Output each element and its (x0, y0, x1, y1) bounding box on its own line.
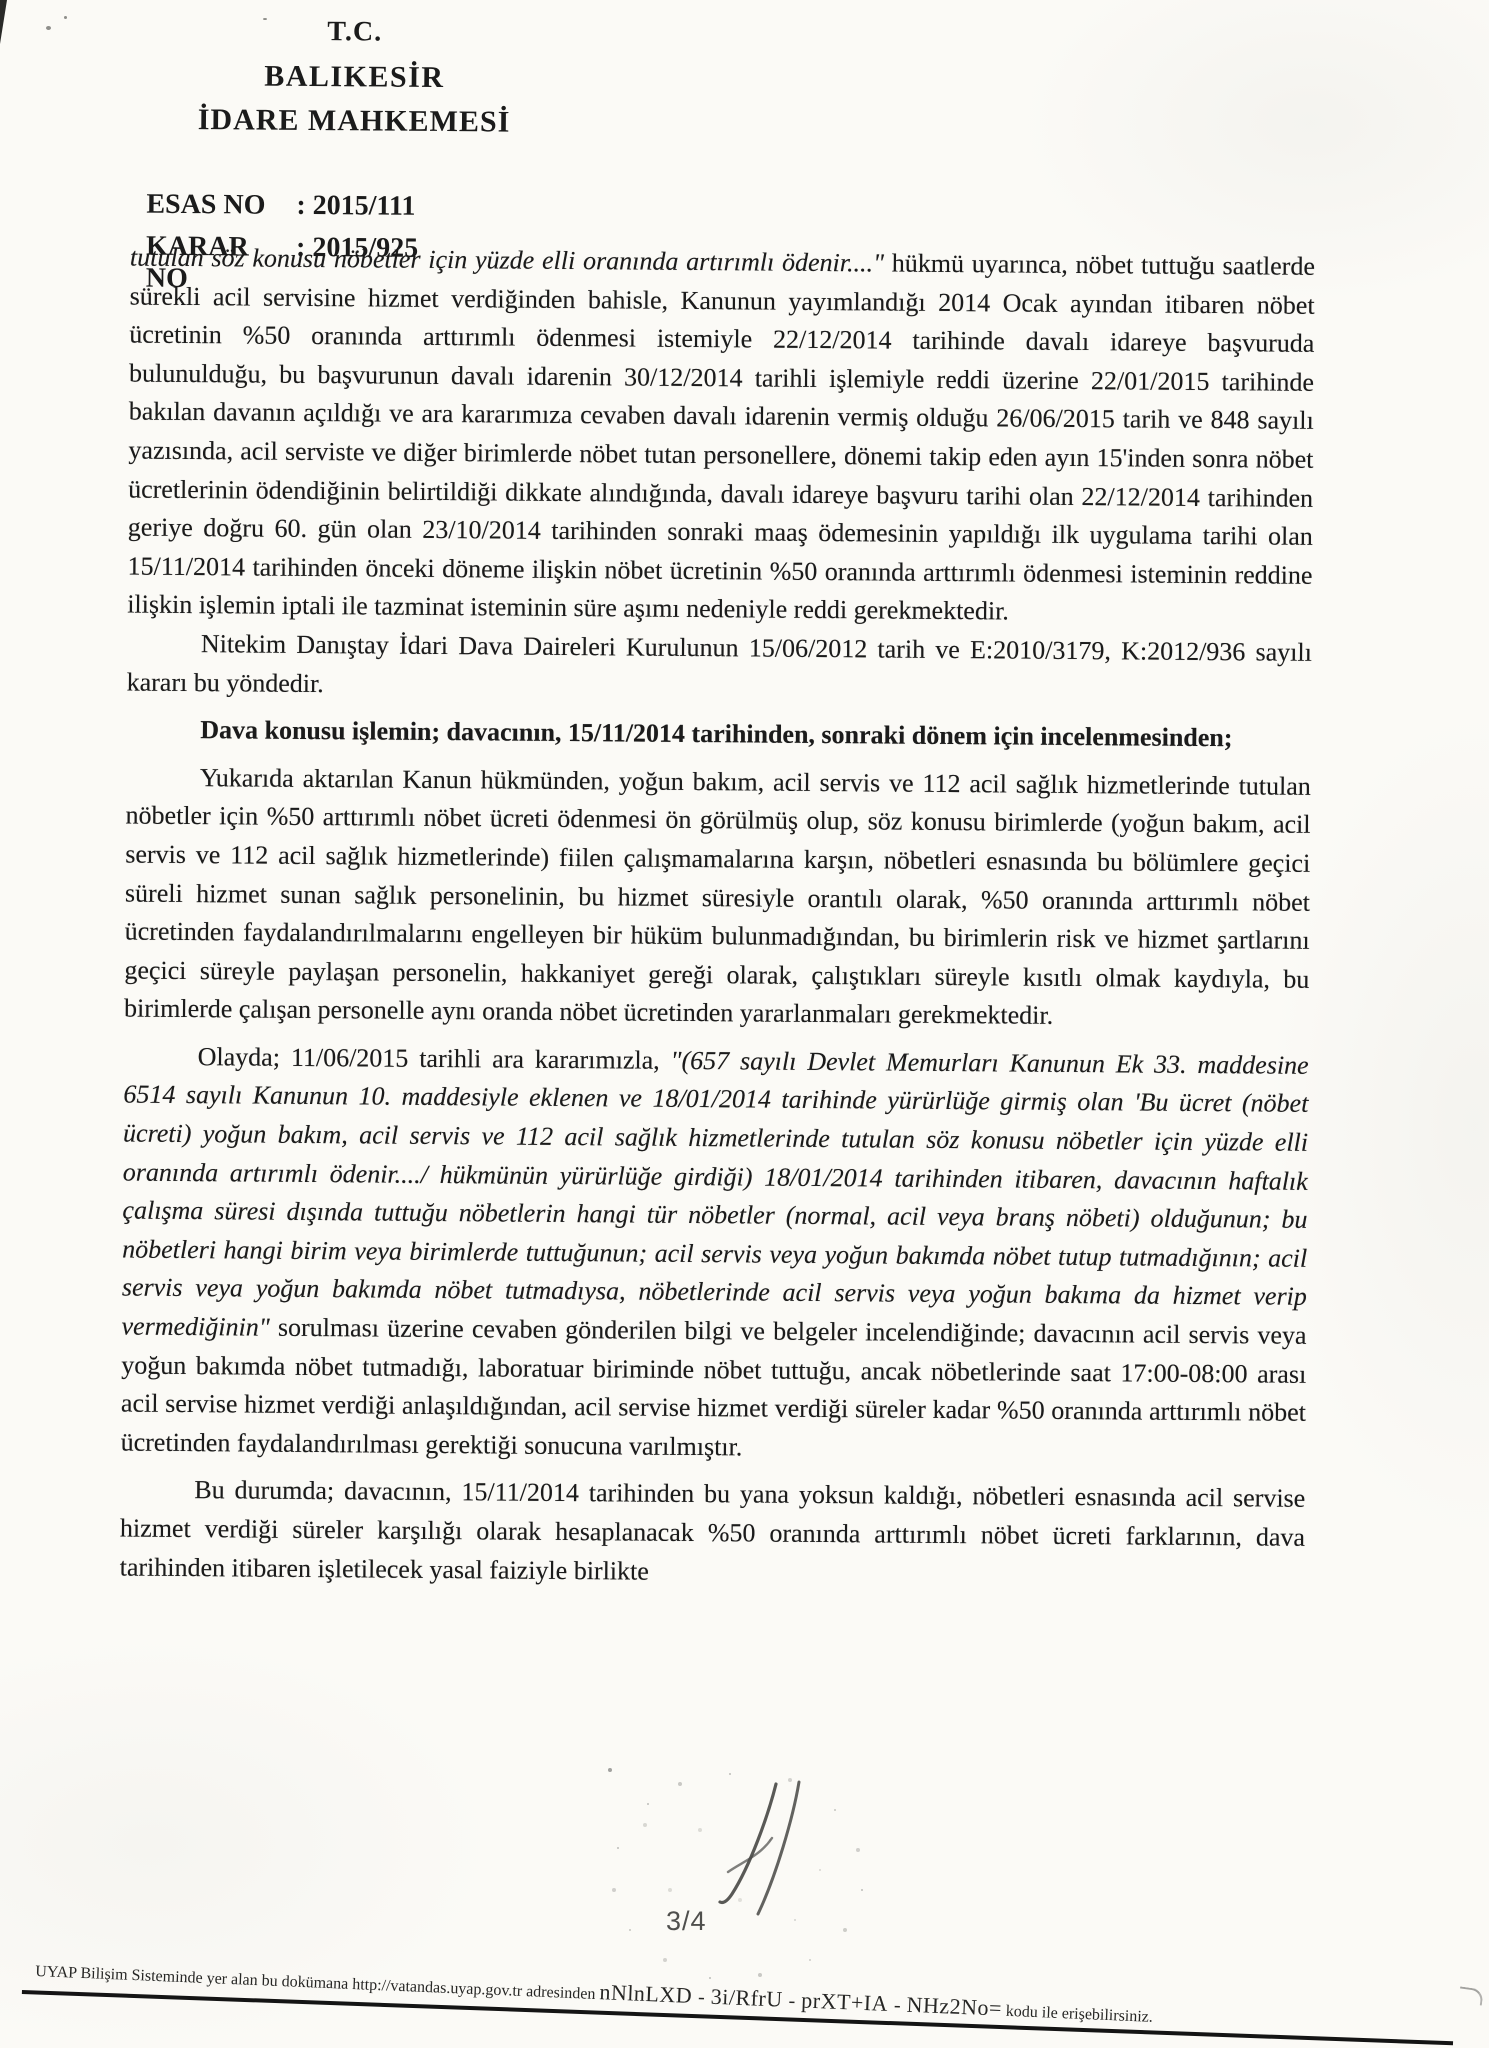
footer-suffix: kodu ile erişebilirsiniz. (1002, 2003, 1154, 2026)
esas-no-label: ESAS NO (146, 189, 296, 222)
paragraph-segment: Bu durumda; davacının, 15/11/2014 tarihi… (120, 1476, 1306, 1586)
paragraph-segment: tutulan söz konusu nöbetler için yüzde e… (130, 243, 892, 278)
scan-speck (46, 26, 51, 30)
document-body: tutulan söz konusu nöbetler için yüzde e… (120, 239, 1316, 1596)
paragraph-segment: sorulması üzerine cevaben gönderilen bil… (121, 1313, 1307, 1461)
stamp-icon (608, 1768, 612, 1772)
footer-dash: - (692, 1986, 712, 2009)
esas-no-row: ESAS NO : 2015/111 (146, 189, 418, 223)
scan-corner-artifact (0, 0, 7, 44)
footer-dash: - (888, 1994, 908, 2017)
signature-icon (698, 1776, 828, 1926)
paragraph: Dava konusu işlemin; davacının, 15/11/20… (126, 711, 1311, 759)
paragraph-segment: Nitekim Danıştay İdari Dava Daireleri Ku… (127, 629, 1312, 698)
paragraph-segment: Dava konusu işlemin; davacının, 15/11/20… (200, 715, 1232, 752)
scan-speck (64, 16, 67, 19)
footer-dash: - (782, 1990, 802, 2013)
paragraph: Bu durumda; davacının, 15/11/2014 tarihi… (120, 1471, 1306, 1596)
paragraph: tutulan söz konusu nöbetler için yüzde e… (127, 239, 1315, 634)
footer-code-4: NHz2No= (906, 1992, 1002, 2021)
paragraph-segment: Olayda; 11/06/2015 tarihli ara kararımız… (198, 1042, 671, 1075)
scanned-court-document-page: T.C. BALIKESİR İDARE MAHKEMESİ ESAS NO :… (0, 0, 1489, 2048)
scan-edge-curl (1458, 1986, 1484, 2005)
esas-no-value: : 2015/111 (296, 190, 415, 223)
footer-code-1: nNlnLXD (599, 1979, 693, 2008)
paragraph: Yukarıda aktarılan Kanun hükmünden, yoğu… (124, 758, 1311, 1037)
paragraph-segment: "(657 sayılı Devlet Memurları Kanunun Ek… (121, 1046, 1308, 1342)
header-tc: T.C. (150, 15, 560, 50)
header-city: BALIKESİR (149, 59, 559, 96)
paragraph-segment: hükmü uyarınca, nöbet tuttuğu saatlerde … (127, 249, 1315, 626)
court-stamp: 3/4 (608, 1768, 888, 1998)
paragraph: Olayda; 11/06/2015 tarihli ara kararımız… (121, 1037, 1309, 1471)
page-number: 3/4 (666, 1906, 707, 1937)
paragraph-segment: Yukarıda aktarılan Kanun hükmünden, yoğu… (124, 763, 1311, 1030)
footer-code-2: 3i/RfrU (710, 1984, 783, 2012)
paragraph: Nitekim Danıştay İdari Dava Daireleri Ku… (126, 624, 1312, 710)
header-court: İDARE MAHKEMESİ (149, 103, 559, 140)
footer-code-3: prXT+IA (801, 1987, 889, 2016)
court-header: T.C. BALIKESİR İDARE MAHKEMESİ (149, 15, 560, 140)
